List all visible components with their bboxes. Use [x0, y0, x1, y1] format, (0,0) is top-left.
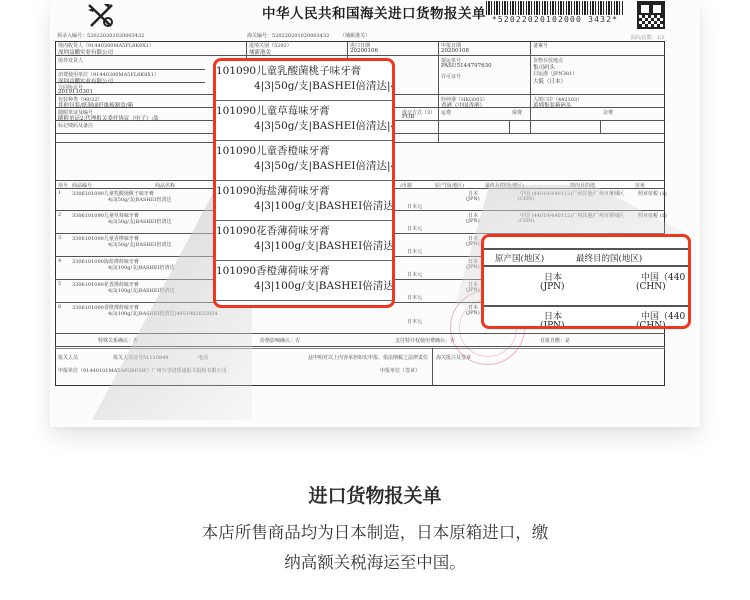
items-header-name: 商品名称 [155, 182, 175, 189]
self-report: 自报自缴：是 [540, 337, 570, 344]
callout-product-item: 101090儿童草莓味牙膏 4|3|50g/支|BASHEI倍清达|49 [216, 101, 395, 141]
insurance-label: 保费 [512, 109, 522, 116]
trade-terms-value: FOB [402, 114, 414, 120]
entry-port-value: 埔新港关 [249, 48, 271, 56]
entry-place-value: 黄埔集装箱码头 [533, 101, 572, 109]
misc-label: 杂费 [603, 109, 613, 116]
product-names-callout: 101090儿童乳酸菌桃子味牙膏 4|3|50g/支|BASHEI倍清达|49 … [213, 58, 395, 308]
items-header-code: 商品编号 [72, 182, 92, 189]
remarks-label: 标记唛码及备注 [58, 122, 93, 129]
customs-office-note: （埔新港关） [340, 32, 370, 39]
pre-entry-number: 预录入编号：520220201020003432 [57, 32, 144, 39]
callout-product-item: 101090儿童乳酸菌桃子味牙膏 4|3|50g/支|BASHEI倍清达|49 [216, 61, 395, 101]
customs-declaration-form: 中华人民共和国海关进口货物报关单 *52022020102000 3432* 预… [50, 0, 700, 427]
record-no-label: 备案号 [533, 42, 548, 49]
consignee-value: 深圳益鹏实业有限公司 [58, 48, 113, 56]
attached-docs-value: 随附单证2:代理报关委托协议（电子）;装 [58, 114, 159, 122]
caption-line-1: 本店所售商品均为日本制造，日本原箱进口，缴 [0, 518, 750, 548]
confirm-royalty: 支付特许权使用费确认：否 [395, 337, 455, 344]
callout-product-item: 101090香橙薄荷味牙膏 4|3|100g/支|BASHEI倍清达|4 [216, 261, 395, 301]
customs-emblem-icon [86, 2, 116, 28]
callout-product-item: 101090花香薄荷味牙膏 4|3|100g/支|BASHEI倍清达|4 [216, 221, 395, 261]
overseas-shipper-label: 境外发货人 [58, 57, 83, 64]
caption-body: 本店所售商品均为日本制造，日本原箱进口，缴 纳高额关税海运至中国。 [0, 518, 750, 578]
items-header-no: 项号 [58, 182, 68, 189]
departure-port-value: 大阪（日本） [533, 77, 566, 85]
declaration-statement: 兹申明对以上内容承担如实申报、依法纳税之法律责任 [308, 354, 428, 361]
confirm-special: 特殊关系确认：否 [98, 337, 138, 344]
transit-port-value: 香港（中国香港） [441, 101, 485, 109]
document-title: 中华人民共和国海关进口货物报关单 [262, 2, 486, 22]
origin-destination-callout: 原产国(地区) 最终目的国(地区) 日本 (JPN) 中国（440 (CHN) … [481, 234, 691, 329]
declare-date-value: 20200108 [441, 48, 469, 54]
items-header-tax: 征免 [635, 182, 645, 189]
barcode-number: *52022020102000 3432* [486, 15, 624, 24]
items-header-currency: /币制 [400, 182, 412, 189]
qr-code-icon [637, 1, 665, 29]
freight-label: 运费 [441, 109, 451, 116]
callout-origin-header: 原产国(地区) [495, 252, 544, 264]
customs-declaration-sheet: 中华人民共和国海关进口货物报关单 *52022020102000 3432* 预… [50, 0, 700, 427]
departure-port-label: 启运港（JPN381） [533, 70, 577, 77]
page-indicator: 页码/页数：1/2 [630, 34, 665, 41]
confirm-price: 价格影响确认：否 [260, 337, 300, 344]
barcode [486, 1, 624, 15]
declarant-label: 报关人员 [58, 354, 78, 361]
callout-product-item: 101090海盐薄荷味牙膏 4|3|100g/支|BASHEI倍清达|4 [216, 181, 395, 221]
license-label: 许可证号 [441, 73, 461, 80]
caption-line-2: 纳高额关税海运至中国。 [0, 548, 750, 578]
package-value: 其他包装/纸制或纤维板制盒/箱 [58, 101, 133, 109]
declaring-unit-seal: 申报单位（签章） [380, 367, 420, 374]
bill-no-value: PASU5144797630 [441, 63, 492, 69]
callout-destination-header: 最终目的国(地区) [576, 252, 642, 264]
items-header-origin: 原产国(地区) [435, 182, 464, 189]
contract-value: 2019110301 [58, 89, 93, 95]
caption-title: 进口货物报关单 [0, 481, 750, 508]
import-date-value: 20200106 [350, 48, 378, 54]
customs-number: 海关编号：520220201020003432 [247, 32, 329, 39]
callout-product-item: 101090儿童香橙味牙膏 4|3|50g/支|BASHEI倍清达|49 [216, 141, 395, 181]
